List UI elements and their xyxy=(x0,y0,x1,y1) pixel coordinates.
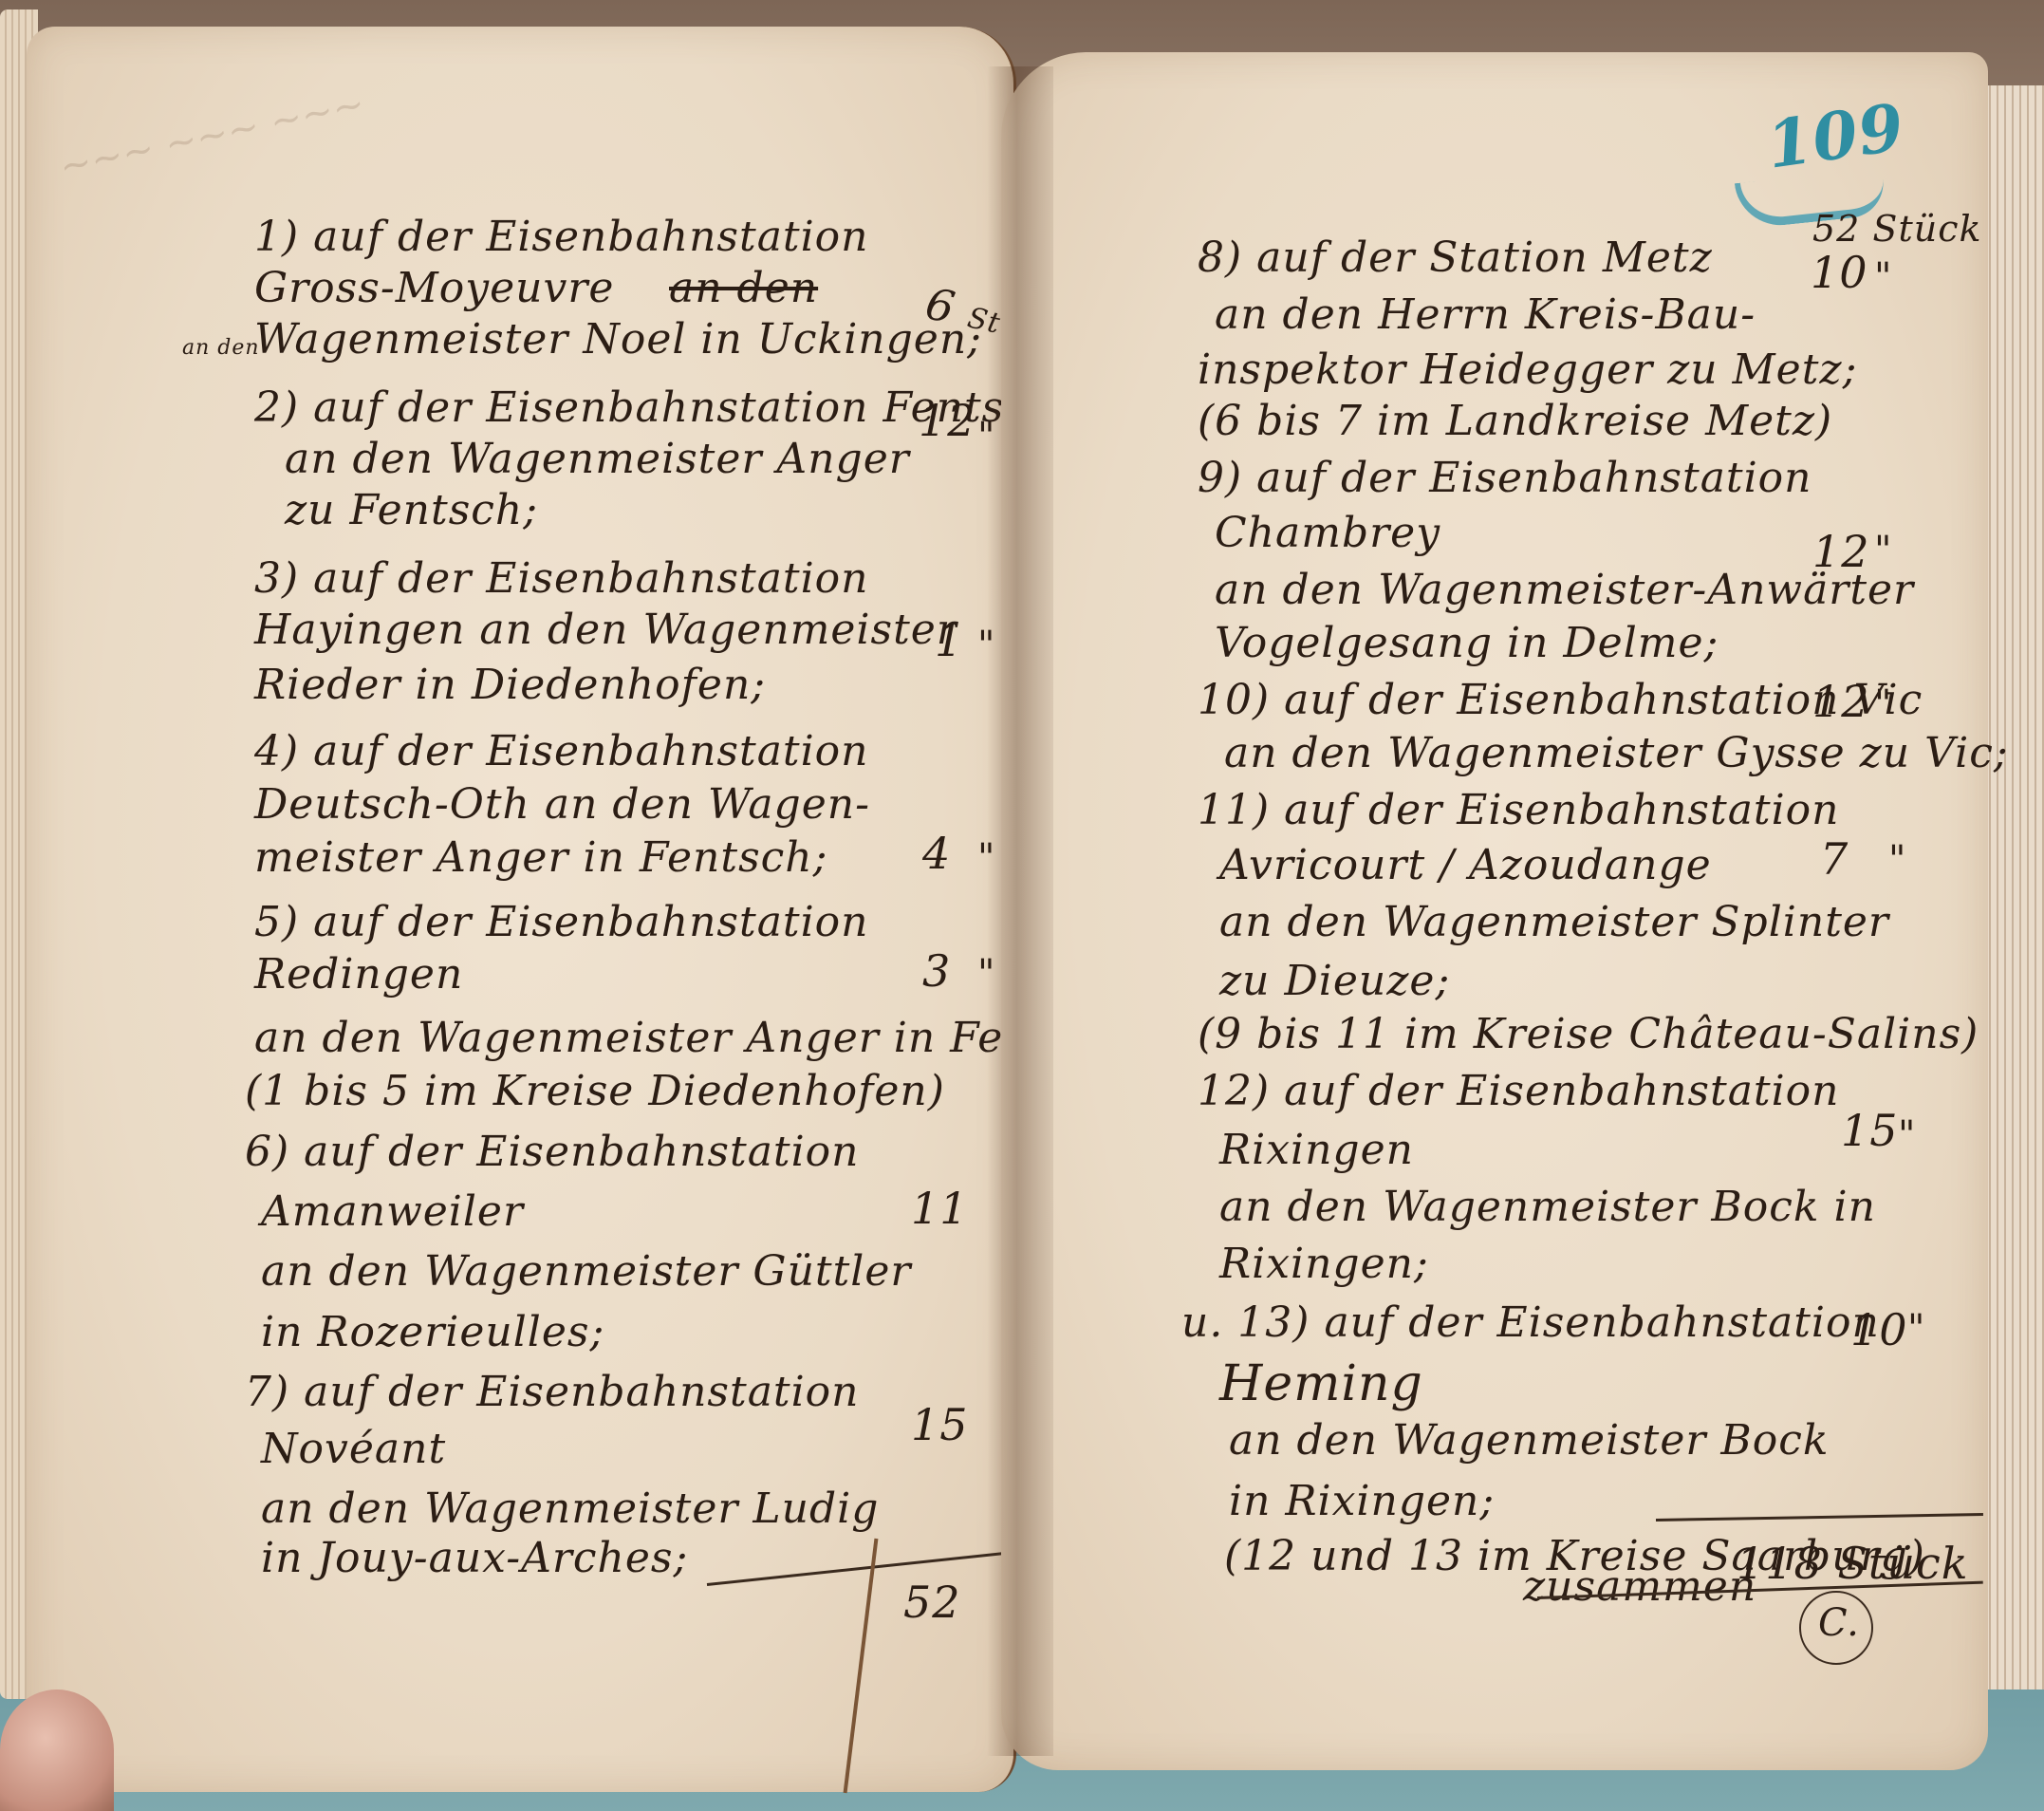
district-note-1: (1 bis 5 im Kreise Diedenhofen) xyxy=(245,1071,945,1112)
entry-13-line-2: Heming xyxy=(1219,1359,1423,1409)
entry-8-line-3: inspektor Heidegger zu Metz; xyxy=(1198,349,1857,391)
entry-8-line-2: an den Herrn Kreis-Bau- xyxy=(1215,294,1756,336)
entry-6-line-4: in Rozerieulles; xyxy=(261,1312,604,1354)
entry-6-line-3: an den Wagenmeister Güttler xyxy=(261,1251,911,1293)
entry-8-quantity: 10 xyxy=(1811,251,1868,294)
subtotal: 52 xyxy=(903,1580,961,1624)
margin-note: an den xyxy=(182,338,260,359)
entry-13-line-1: u. 13) auf der Eisenbahnstation xyxy=(1181,1302,1880,1344)
ditto-mark: " xyxy=(1874,258,1892,296)
entry-11-line-4: zu Dieuze; xyxy=(1219,961,1450,1002)
entry-4-quantity: 4 xyxy=(922,831,951,875)
entry-12-quantity: 15 xyxy=(1841,1109,1899,1152)
entry-13-line-4: in Rixingen; xyxy=(1229,1481,1495,1522)
thumb xyxy=(0,1690,114,1811)
entry-11-line-1: 11) auf der Eisenbahnstation xyxy=(1198,790,1840,831)
entry-2-line-3: zu Fentsch; xyxy=(285,490,538,532)
district-note-3: (9 bis 11 im Kreise Château-Salins) xyxy=(1198,1014,1979,1055)
entry-6-line-1: 6) auf der Eisenbahnstation xyxy=(245,1131,860,1173)
entry-4-line-3: meister Anger in Fentsch; xyxy=(254,837,827,879)
entry-12-line-1: 12) auf der Eisenbahnstation xyxy=(1198,1071,1840,1112)
struck-text: an den xyxy=(669,268,818,309)
folio-number: 109 xyxy=(1763,95,1908,178)
entry-3-line-1: 3) auf der Eisenbahnstation xyxy=(254,558,869,600)
entry-13-quantity: 10 xyxy=(1850,1308,1908,1352)
ditto-mark: " xyxy=(1907,1310,1925,1348)
entry-3-line-2: Hayingen an den Wagenmeister xyxy=(254,609,957,651)
entry-2-line-2: an den Wagenmeister Anger xyxy=(285,439,910,480)
entry-5-quantity: 3 xyxy=(922,949,951,993)
entry-12-line-3: an den Wagenmeister Bock in xyxy=(1219,1186,1876,1228)
ditto-mark: " xyxy=(1898,1116,1916,1154)
entry-10-line-2: an den Wagenmeister Gysse zu Vic; xyxy=(1224,733,2009,775)
entry-7-line-3: an den Wagenmeister Ludig xyxy=(261,1488,879,1530)
grand-total: 118 Stück xyxy=(1737,1541,1969,1585)
ditto-mark: " xyxy=(1874,532,1892,569)
entry-9-line-3: an den Wagenmeister-Anwärter xyxy=(1215,569,1914,611)
entry-3-line-3: Rieder in Diedenhofen; xyxy=(254,664,766,706)
entry-5-line-1: 5) auf der Eisenbahnstation xyxy=(254,902,869,943)
entry-11-quantity: 7 xyxy=(1820,837,1849,881)
book-gutter xyxy=(987,66,1053,1756)
entry-7-line-2: Novéant xyxy=(261,1428,446,1470)
total-label: zusammen xyxy=(1523,1566,1756,1608)
ditto-mark: " xyxy=(1874,685,1892,723)
entry-1-line-3: Wagenmeister Noel in Uckingen; xyxy=(254,319,982,361)
carried-forward: 52 Stück xyxy=(1812,211,1982,247)
entry-8-line-1: 8) auf der Station Metz xyxy=(1198,237,1713,279)
entry-11-line-3: an den Wagenmeister Splinter xyxy=(1219,902,1889,943)
entry-9-line-1: 9) auf der Eisenbahnstation xyxy=(1198,457,1812,499)
ditto-mark: " xyxy=(1888,841,1906,879)
entry-12-line-2: Rixingen xyxy=(1219,1130,1414,1171)
entry-3-quantity: 1 xyxy=(935,619,963,663)
page-edges-right xyxy=(1983,85,2044,1690)
entry-2-quantity: 12 xyxy=(919,399,976,442)
entry-6-quantity: 11 xyxy=(911,1186,969,1230)
entry-4-line-1: 4) auf der Eisenbahnstation xyxy=(254,731,869,773)
entry-12-line-4: Rixingen; xyxy=(1219,1243,1429,1285)
entry-11-line-2: Avricourt / Azoudange xyxy=(1219,845,1712,887)
district-note-2: (6 bis 7 im Landkreise Metz) xyxy=(1198,401,1832,442)
entry-13-line-3: an den Wagenmeister Bock xyxy=(1229,1420,1830,1462)
entry-4-line-2: Deutsch-Oth an den Wagen- xyxy=(254,784,870,826)
entry-7-line-1: 7) auf der Eisenbahnstation xyxy=(245,1372,860,1413)
entry-7-line-4: in Jouy-aux-Arches; xyxy=(261,1538,688,1579)
entry-5-line-2: Redingen xyxy=(254,954,463,996)
entry-7-quantity: 15 xyxy=(911,1403,969,1447)
entry-6-line-2: Amanweiler xyxy=(261,1191,524,1233)
entry-10-quantity: 12 xyxy=(1812,680,1870,723)
circled-mark: C. xyxy=(1818,1604,1860,1642)
entry-9-line-4: Vogelgesang in Delme; xyxy=(1215,623,1719,664)
entry-9-line-2: Chambrey xyxy=(1215,513,1440,554)
entry-1-line-2: Gross-Moyeuvre xyxy=(254,268,614,309)
entry-1-line-1: 1) auf der Eisenbahnstation xyxy=(254,216,869,258)
